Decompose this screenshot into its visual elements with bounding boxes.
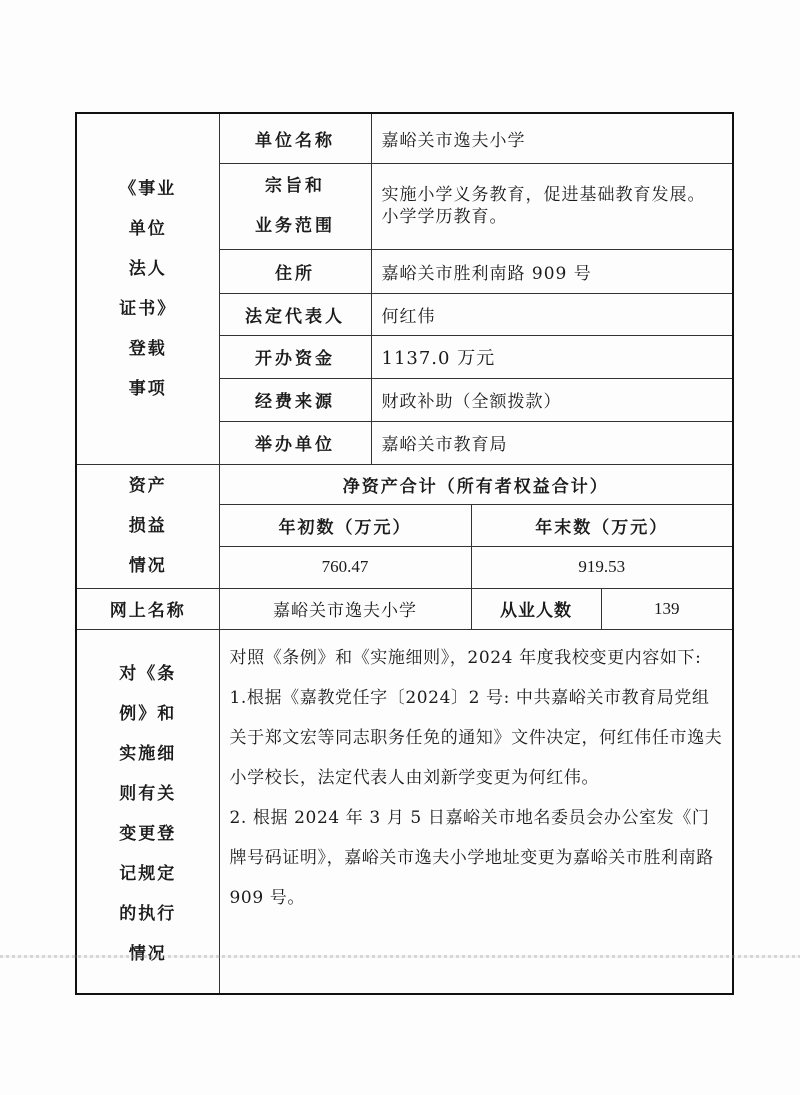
compliance-item-2: 2. 根据 2024 年 3 月 5 日嘉峪关市地名委员会办公室发《门牌号码证明… [230,798,725,918]
row-unit-name: 《事业 单位 法人 证书》 登载 事项 单位名称 嘉峪关市逸夫小学 [76,113,733,163]
funding-source-value: 财政补助（全额拨款） [371,378,733,421]
compliance-intro: 对照《条例》和《实施细则》，2024 年度我校变更内容如下: [230,638,725,678]
capital-label: 开办资金 [219,335,371,378]
online-name-value: 嘉峪关市逸夫小学 [219,588,471,629]
staff-count-value: 139 [601,588,733,629]
annual-report-table: 《事业 单位 法人 证书》 登载 事项 单位名称 嘉峪关市逸夫小学 宗旨和 业务… [75,112,734,995]
start-of-year-label: 年初数（万元） [219,504,471,546]
section-label-line: 事项 [77,369,219,409]
staff-count-label: 从业人数 [471,588,601,629]
address-label: 住所 [219,249,371,293]
sponsor-value: 嘉峪关市教育局 [371,421,733,464]
section-label-line: 对《条 [77,654,219,694]
legal-rep-value: 何红伟 [371,293,733,335]
section-label-line: 实施细 [77,734,219,774]
net-assets-header: 净资产合计（所有者权益合计） [219,464,733,504]
sponsor-label: 举办单位 [219,421,371,464]
row-assets-header: 资产 损益 情况 净资产合计（所有者权益合计） [76,464,733,504]
unit-name-value: 嘉峪关市逸夫小学 [371,113,733,163]
section-label-line: 例》和 [77,694,219,734]
section-label-line: 情况 [77,546,219,586]
address-value: 嘉峪关市胜利南路 909 号 [371,249,733,293]
section-label-line: 法人 [77,249,219,289]
purpose-scope-label: 宗旨和 业务范围 [219,163,371,249]
row-compliance: 对《条 例》和 实施细 则有关 变更登 记规定 的执行 情况 对照《条例》和《实… [76,629,733,994]
start-of-year-value: 760.47 [219,546,471,588]
compliance-section-label: 对《条 例》和 实施细 则有关 变更登 记规定 的执行 情况 [76,629,219,994]
section-label-line: 《事业 [77,169,219,209]
funding-source-label: 经费来源 [219,378,371,421]
unit-name-label: 单位名称 [219,113,371,163]
end-of-year-label: 年末数（万元） [471,504,733,546]
purpose-scope-value: 实施小学义务教育，促进基础教育发展。 小学学历教育。 [371,163,733,249]
capital-value: 1137.0 万元 [371,335,733,378]
end-of-year-value: 919.53 [471,546,733,588]
label-line: 宗旨和 [220,166,371,206]
section-label-line: 变更登 [77,814,219,854]
section-label-line: 的执行 [77,894,219,934]
section-label-line: 情况 [77,934,219,974]
assets-section-label: 资产 损益 情况 [76,464,219,588]
section-label-line: 登载 [77,329,219,369]
section-label-line: 记规定 [77,854,219,894]
section-label-line: 单位 [77,209,219,249]
registration-section-label: 《事业 单位 法人 证书》 登载 事项 [76,113,219,464]
section-label-line: 则有关 [77,774,219,814]
online-name-label: 网上名称 [76,588,219,629]
section-label-line: 资产 [77,466,219,506]
section-label-line: 证书》 [77,289,219,329]
document-page: 《事业 单位 法人 证书》 登载 事项 单位名称 嘉峪关市逸夫小学 宗旨和 业务… [0,0,800,1095]
section-label-line: 损益 [77,506,219,546]
value-line: 小学学历教育。 [382,206,733,228]
legal-rep-label: 法定代表人 [219,293,371,335]
compliance-notes: 对照《条例》和《实施细则》，2024 年度我校变更内容如下: 1.根据《嘉教党任… [219,629,733,994]
row-online-name: 网上名称 嘉峪关市逸夫小学 从业人数 139 [76,588,733,629]
scan-artifact-line [0,955,800,958]
compliance-item-1: 1.根据《嘉教党任字〔2024〕2 号: 中共嘉峪关市教育局党组关于郑文宏等同志… [230,678,725,798]
label-line: 业务范围 [220,206,371,246]
value-line: 实施小学义务教育，促进基础教育发展。 [382,184,733,206]
